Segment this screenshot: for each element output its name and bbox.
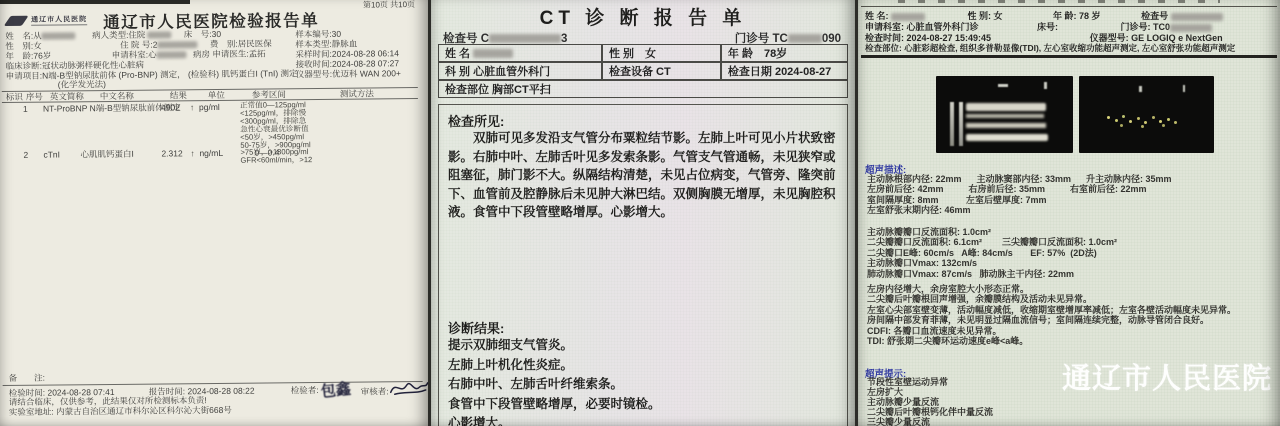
caliper-mark bbox=[1183, 85, 1185, 92]
us-finding-line: CDFI: 各瓣口血流速度未见异常。 bbox=[867, 326, 1274, 336]
col-range: 参考区间 bbox=[252, 90, 286, 100]
reviewer-label: 审核者: bbox=[361, 387, 389, 397]
ultrasound-report-document: 姓 名: 性 别: 女 年 龄: 78 岁 检查号 申请科室: 心脏血管外科门诊… bbox=[858, 0, 1280, 426]
us-finding-line: 左房内径增大，余房室腔大小形态正常。 bbox=[867, 284, 1274, 294]
us-flow-measurements: 主动脉瓣瓣口反流面积: 1.0cm² 二尖瓣瓣口反流面积: 6.1cm² 三尖瓣… bbox=[867, 227, 1117, 279]
caliper-mark bbox=[998, 84, 1008, 87]
lab-address: 实验室地址: 内蒙古自治区通辽市科尔沁区科尔沁大街668号 bbox=[9, 406, 232, 418]
ct-name-cell: 姓 名 bbox=[438, 44, 602, 62]
col-abbr: 英文简称 bbox=[50, 92, 84, 102]
inpatient-number: 住 院 号:2 bbox=[120, 40, 157, 50]
patient-age: 年 龄:76岁 bbox=[5, 51, 51, 61]
flow-line: 二尖瓣瓣口反流面积: 6.1cm² 三尖瓣瓣口反流面积: 1.0cm² bbox=[867, 237, 1117, 247]
conclusion-line: 节段性室壁运动异常 bbox=[867, 377, 993, 387]
hospital-logo-text: 通辽市人民医院 bbox=[31, 14, 87, 26]
col-mark: 标识 bbox=[6, 93, 23, 103]
conclusion-line: 三尖瓣少量反流 bbox=[867, 417, 993, 426]
row2-result: 2.312 bbox=[161, 149, 182, 159]
row2-unit: ng/mL bbox=[199, 149, 223, 159]
request-department: 申请科室:心 bbox=[112, 50, 157, 60]
patient-type: 病人类型:住院 bbox=[92, 30, 145, 41]
diagnosis-line: 左肺上叶机化性炎症。 bbox=[448, 356, 838, 376]
cut-off-title-remnant bbox=[898, 0, 1220, 3]
caliper-mark bbox=[1044, 82, 1047, 89]
instrument-model: 仪器型号:优迈科 WAN 200+ bbox=[296, 68, 401, 79]
redaction-mask bbox=[157, 52, 187, 59]
findings-label: 检查所见: bbox=[448, 111, 504, 130]
us-finding-line: 二尖瓣后叶瓣根回声增强，余瓣膜结构及活动未见异常。 bbox=[867, 294, 1274, 304]
echo-band bbox=[959, 102, 963, 146]
page-indicator: 第10页 共10页 bbox=[363, 0, 415, 10]
ct-date: 检查日期 2024-08-27 bbox=[728, 63, 831, 79]
lab-report-document: 第10页 共10页 通辽市人民医院 通辽市人民医院检验报告单 姓 名:从 病人类… bbox=[0, 0, 428, 426]
row2-seq: 2 bbox=[23, 151, 28, 161]
doppler-specks bbox=[1107, 116, 1110, 119]
photo-of-medical-reports: 第10页 共10页 通辽市人民医院 通辽市人民医院检验报告单 姓 名:从 病人类… bbox=[0, 0, 1280, 426]
col-method: 测试方法 bbox=[340, 89, 374, 99]
flow-line: 主动脉瓣口Vmax: 132cm/s bbox=[867, 258, 1117, 268]
redaction-mask bbox=[42, 33, 76, 40]
flow-line: 二尖瓣口E峰: 60cm/s A峰: 84cm/s EF: 57% (2D法) bbox=[867, 248, 1117, 258]
ct-date-cell: 检查日期 2024-08-27 bbox=[721, 62, 848, 80]
measure-line: 室间隔厚度: 8mm 左室后壁厚度: 7mm bbox=[867, 195, 1172, 205]
diagnosis-label: 诊断结果: bbox=[448, 318, 504, 337]
row1-seq: 1 bbox=[23, 105, 28, 115]
echo-trace bbox=[966, 123, 1046, 128]
ultrasound-image-mmode bbox=[936, 76, 1073, 153]
ct-device: 检查设备 CT bbox=[609, 63, 671, 79]
ct-patient-table: 姓 名 性 别 女 年 龄 78岁 科 别 心脏血管外科门 检查设备 CT 检查… bbox=[438, 44, 848, 98]
us-findings-text: 左房内径增大，余房室腔大小形态正常。 二尖瓣后叶瓣根回声增强，余瓣膜结构及活动未… bbox=[867, 284, 1274, 346]
header-top-rule bbox=[861, 6, 1277, 7]
us-measurements: 主动脉根部内径: 22mm 主动脉窦部内径: 33mm 升主动脉内径: 35mm… bbox=[867, 174, 1172, 216]
col-unit: 单位 bbox=[208, 91, 225, 101]
header-bottom-rule bbox=[861, 55, 1277, 58]
tester-signature: 包鑫 bbox=[320, 377, 352, 401]
patient-sex: 性 别:女 bbox=[5, 41, 41, 51]
bed-number: 床 号:30 bbox=[184, 29, 221, 39]
ultrasound-image-doppler bbox=[1079, 76, 1214, 153]
tester-label: 检验者: bbox=[291, 386, 319, 396]
redaction-mask bbox=[788, 34, 822, 43]
ct-body-part: 检查部位 胸部CT平扫 bbox=[445, 81, 551, 97]
ct-report-title: CT 诊 断 报 告 单 bbox=[431, 3, 855, 30]
measure-line: 左房前后径: 42mm 右房前后径: 35mm 右室前后径: 22mm bbox=[867, 184, 1172, 194]
us-finding-line: 房间隔中部发育菲薄，未见明显过隔血流信号；室间隔连续完整，动脉导管闭合良好。 bbox=[867, 315, 1274, 325]
patient-name: 姓 名:从 bbox=[5, 31, 41, 41]
ct-sex: 性 别 女 bbox=[609, 45, 656, 61]
fee-type: 费 别:居民医保 bbox=[210, 38, 272, 49]
reviewer-signature-scribble bbox=[389, 378, 428, 398]
note-label: 备 注: bbox=[9, 374, 45, 384]
col-result: 结果 bbox=[170, 91, 187, 101]
ct-name-label: 姓 名 bbox=[445, 45, 470, 61]
redaction-mask bbox=[489, 34, 561, 43]
us-conclusions: 节段性室壁运动异常 左房扩大 主动脉瓣少量反流 二尖瓣后叶瓣根钙化伴中量反流 三… bbox=[867, 377, 993, 426]
caliper-mark bbox=[1139, 86, 1142, 92]
row2-high-flag: ↑ bbox=[190, 149, 194, 159]
diagnosis-line: 心影增大。 bbox=[448, 414, 838, 426]
echo-trace bbox=[966, 134, 1048, 141]
row2-name: 心肌肌钙蛋白I bbox=[80, 150, 133, 160]
redaction-mask bbox=[157, 41, 197, 48]
echo-trace bbox=[966, 114, 1044, 118]
row1-high-flag: ↑ bbox=[190, 103, 194, 113]
echo-band bbox=[950, 102, 954, 146]
ct-findings-box: 检查所见: 双肺可见多发沿支气管分布粟粒结节影。左肺上叶可见小片状致密影。右肺中… bbox=[438, 104, 848, 426]
measure-line: 左室舒张末期内径: 46mm bbox=[867, 205, 1172, 215]
ct-sex-cell: 性 别 女 bbox=[602, 44, 721, 62]
row1-result: 4902 bbox=[161, 103, 180, 113]
diagnosis-line: 提示双肺细支气管炎。 bbox=[448, 336, 838, 356]
diagnosis-line: 食管中下段管壁略增厚，必要时镜检。 bbox=[448, 395, 838, 415]
us-finding-line: 左室心尖部室壁变薄，活动幅度减低，收缩期室壁增厚率减低；左室各壁活动幅度未见异常… bbox=[867, 305, 1274, 315]
hospital-logo-icon bbox=[4, 16, 29, 26]
col-seq: 序号 bbox=[26, 93, 43, 103]
flow-line: 主动脉瓣瓣口反流面积: 1.0cm² bbox=[867, 227, 1117, 237]
photo-edge bbox=[0, 0, 190, 4]
conclusion-line: 主动脉瓣少量反流 bbox=[867, 397, 993, 407]
diagnosis-line: 右肺中叶、左肺舌叶纤维索条。 bbox=[448, 375, 838, 395]
row2-abbr: cTnI bbox=[43, 150, 60, 160]
us-body-parts: 检查部位: 心脏彩超检查, 组织多普勒显像(TDI), 左心室收缩功能超声测定,… bbox=[865, 42, 1235, 54]
ct-part-cell: 检查部位 胸部CT平扫 bbox=[438, 80, 848, 98]
ct-report-document: CT 诊 断 报 告 单 检查号 C3 门诊号 TC090 姓 名 性 别 女 … bbox=[431, 0, 855, 426]
flow-line: 肺动脉瓣口Vmax: 87cm/s 肺动脉主干内径: 22mm bbox=[867, 269, 1117, 279]
us-finding-line: TDI: 舒张期二尖瓣环运动速度e峰<a峰。 bbox=[867, 336, 1274, 346]
requested-items-method: (化学发光法) bbox=[58, 80, 106, 90]
sample-info-block: 样本编号:30 样本类型:静脉血 采样时间:2024-08-28 06:14 接… bbox=[295, 28, 401, 79]
row2-reference: 0—0.4 bbox=[254, 148, 279, 158]
ct-device-cell: 检查设备 CT bbox=[602, 62, 721, 80]
ct-age-cell: 年 龄 78岁 bbox=[721, 44, 848, 62]
redaction-mask bbox=[473, 49, 513, 58]
row1-unit: pg/ml bbox=[199, 103, 220, 113]
ct-age: 年 龄 78岁 bbox=[728, 45, 787, 61]
ct-dept-cell: 科 别 心脏血管外科门 bbox=[438, 62, 602, 80]
requested-items: 申请项目:N端-B型钠尿肽前体 (Pro-BNP) 测定， (检验科) 肌钙蛋白… bbox=[6, 69, 298, 81]
echo-trace bbox=[966, 103, 1046, 111]
ct-dept: 科 别 心脏血管外科门 bbox=[445, 63, 550, 79]
request-doctor: 病房 申请医生:孟拓 bbox=[193, 48, 266, 59]
conclusion-line: 左房扩大 bbox=[867, 387, 993, 397]
conclusion-line: 二尖瓣后叶瓣根钙化伴中量反流 bbox=[867, 407, 993, 417]
redaction-mask bbox=[147, 32, 171, 39]
diagnosis-lines: 提示双肺细支气管炎。 左肺上叶机化性炎症。 右肺中叶、左肺舌叶纤维索条。 食管中… bbox=[448, 336, 838, 426]
findings-text: 双肺可见多发沿支气管分布粟粒结节影。左肺上叶可见小片状致密影。右肺中叶、左肺舌叶… bbox=[448, 129, 838, 222]
col-cname: 中文名称 bbox=[100, 92, 134, 102]
hospital-watermark: 通辽市人民医院 bbox=[1062, 356, 1272, 397]
measure-line: 主动脉根部内径: 22mm 主动脉窦部内径: 33mm 升主动脉内径: 35mm bbox=[867, 174, 1172, 184]
